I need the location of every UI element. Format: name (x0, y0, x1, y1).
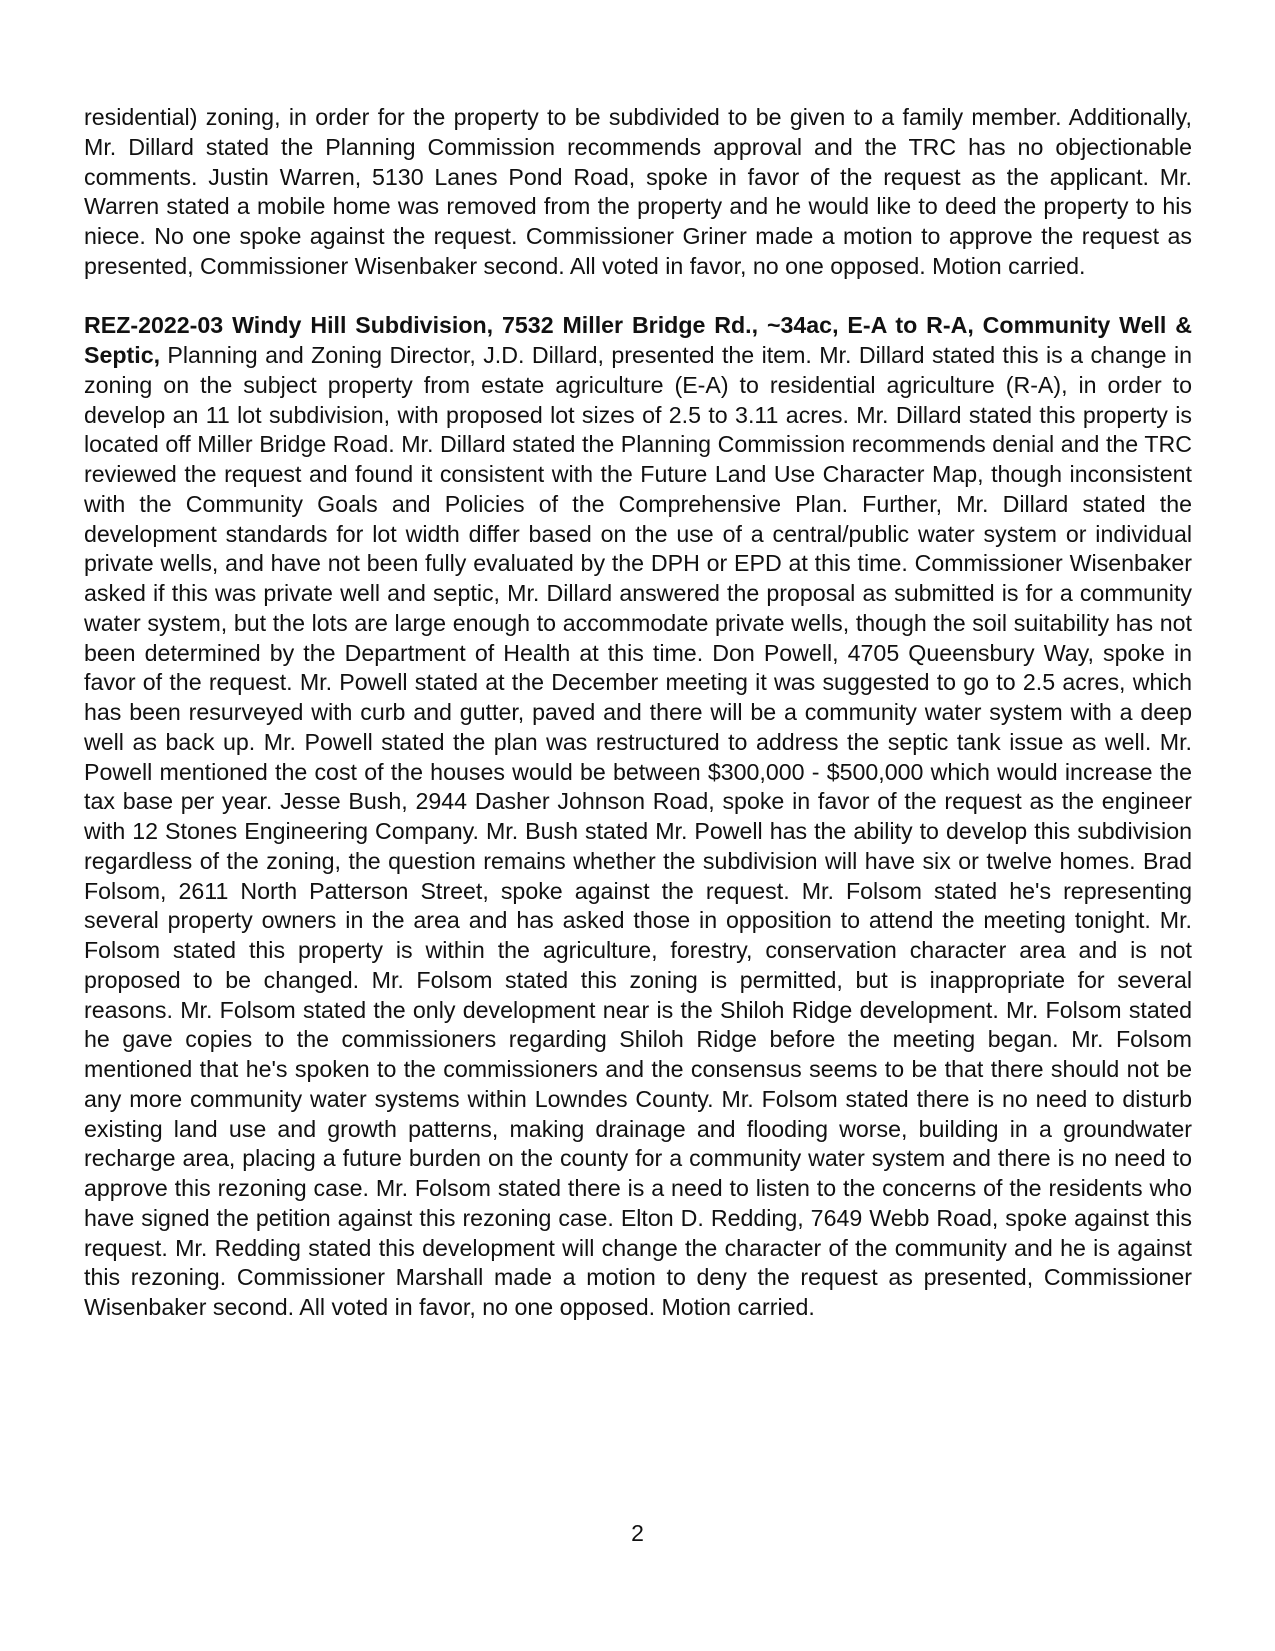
paragraph-text: residential) zoning, in order for the pr… (84, 104, 1192, 279)
document-page: residential) zoning, in order for the pr… (84, 103, 1192, 1353)
paragraph-text: Planning and Zoning Director, J.D. Dilla… (84, 342, 1192, 1320)
page-number: 2 (0, 1520, 1275, 1547)
paragraph-rez-2022-03: REZ-2022-03 Windy Hill Subdivision, 7532… (84, 311, 1192, 1323)
paragraph-previous-item-conclusion: residential) zoning, in order for the pr… (84, 103, 1192, 282)
